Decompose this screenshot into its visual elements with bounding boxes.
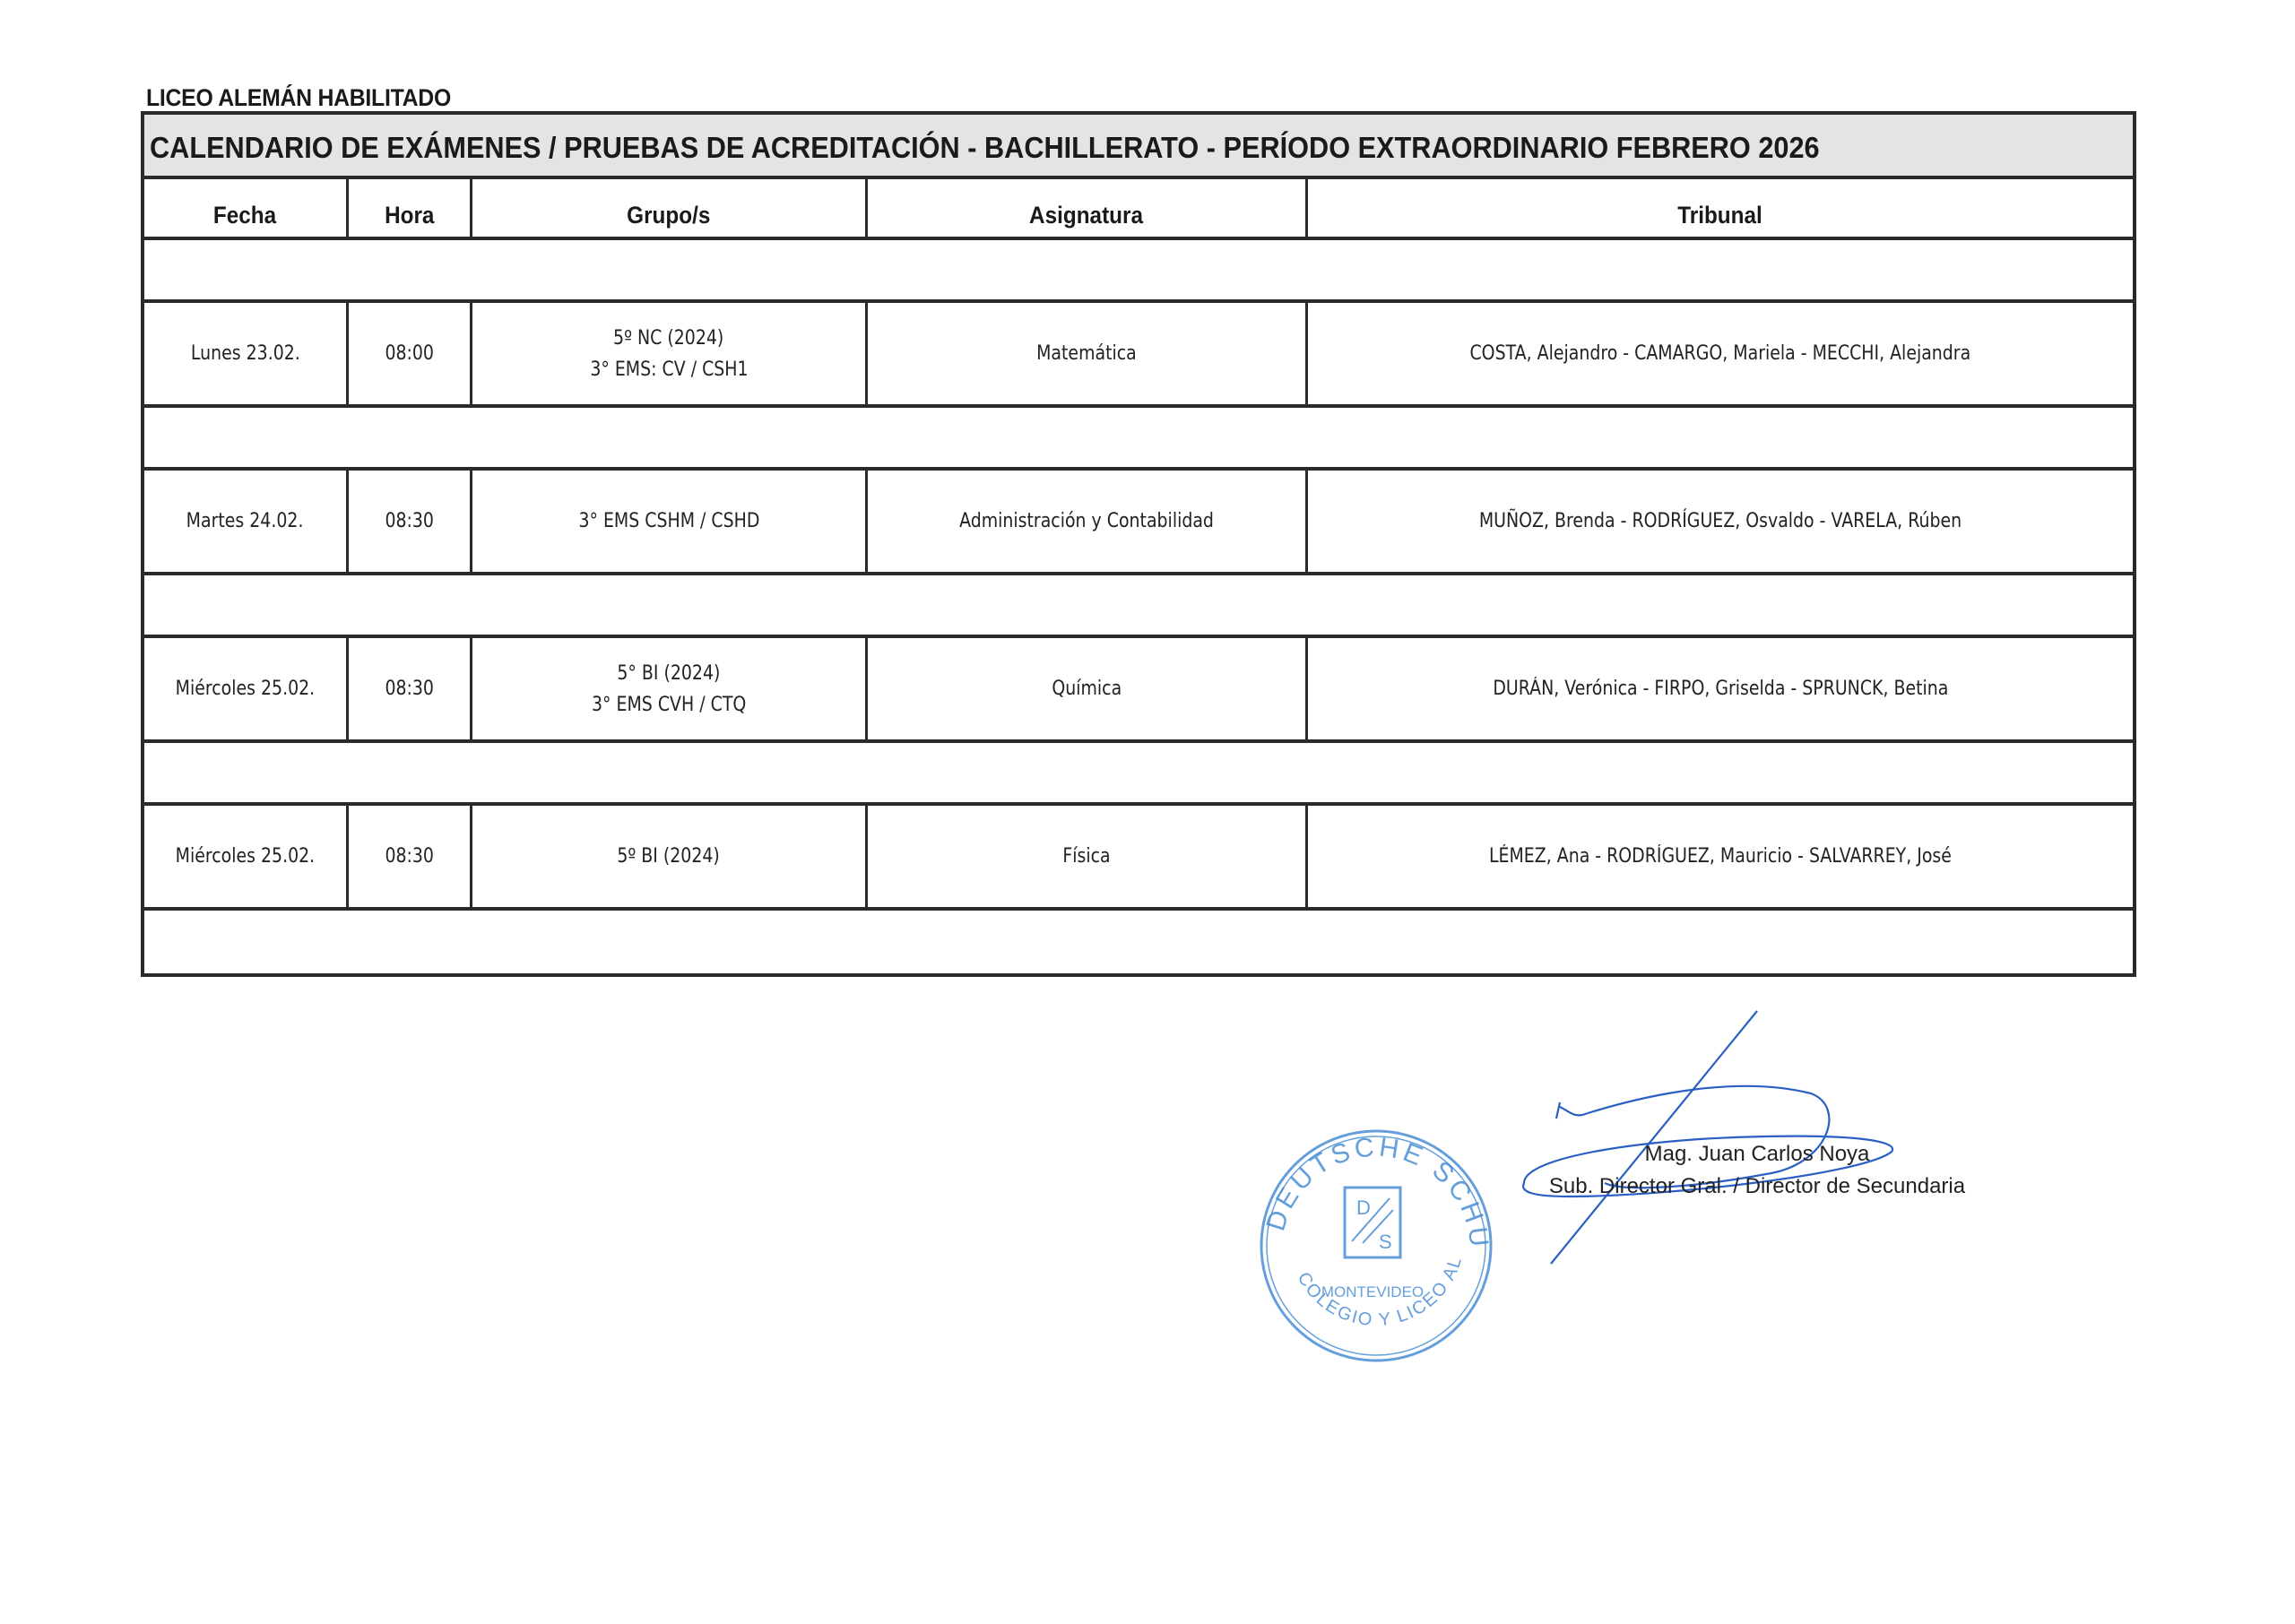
document-title: CALENDARIO DE EXÁMENES / PRUEBAS DE ACRE… <box>150 131 1820 165</box>
header-row: FechaHoraGrupo/sAsignaturaTribunal <box>144 176 2133 240</box>
spacer-row <box>144 575 2133 638</box>
cell-hora: 08:30 <box>349 471 472 572</box>
cell-tribunal: MUÑOZ, Brenda - RODRÍGUEZ, Osvaldo - VAR… <box>1308 471 2133 572</box>
stamp-center-text: MONTEVIDEO <box>1321 1283 1424 1300</box>
svg-text:D: D <box>1356 1196 1371 1219</box>
group-line: 3° EMS CSHM / CSHD <box>578 505 759 537</box>
spacer-row <box>144 408 2133 471</box>
table-row: Lunes 23.02.08:005º NC (2024)3° EMS: CV … <box>144 303 2133 408</box>
column-header-grupos: Grupo/s <box>472 176 868 237</box>
cell-asignatura: Administración y Contabilidad <box>868 471 1308 572</box>
cell-tribunal: DURÁN, Verónica - FIRPO, Griselda - SPRU… <box>1308 638 2133 739</box>
cell-fecha: Miércoles 25.02. <box>144 806 349 907</box>
cell-asignatura: Física <box>868 806 1308 907</box>
cell-asignatura: Química <box>868 638 1308 739</box>
signatory-role: Sub. Director Gral. / Director de Secund… <box>1488 1170 2026 1203</box>
cell-grupos: 5º NC (2024)3° EMS: CV / CSH1 <box>472 303 868 404</box>
cell-tribunal: COSTA, Alejandro - CAMARGO, Mariela - ME… <box>1308 303 2133 404</box>
table-row: Miércoles 25.02.08:305° BI (2024)3° EMS … <box>144 638 2133 743</box>
cell-fecha: Lunes 23.02. <box>144 303 349 404</box>
exam-calendar-table: CALENDARIO DE EXÁMENES / PRUEBAS DE ACRE… <box>141 111 2136 977</box>
table-row: Miércoles 25.02.08:305º BI (2024)FísicaL… <box>144 806 2133 911</box>
cell-hora: 08:00 <box>349 303 472 404</box>
group-line: 5° BI (2024) <box>618 658 721 689</box>
cell-grupos: 5º BI (2024) <box>472 806 868 907</box>
spacer-row <box>144 911 2133 973</box>
cell-grupos: 5° BI (2024)3° EMS CVH / CTQ <box>472 638 868 739</box>
group-line: 3° EMS CVH / CTQ <box>592 689 746 721</box>
school-stamp-icon: DEUTSCHE SCHULE COLEGIO Y LICEO ALEMÁN M… <box>1255 1125 1497 1367</box>
signature-block: Mag. Juan Carlos Noya Sub. Director Gral… <box>1488 1138 2026 1203</box>
cell-fecha: Miércoles 25.02. <box>144 638 349 739</box>
cell-fecha: Martes 24.02. <box>144 471 349 572</box>
title-band: CALENDARIO DE EXÁMENES / PRUEBAS DE ACRE… <box>144 115 2133 179</box>
column-header-tribunal: Tribunal <box>1308 176 2133 237</box>
svg-text:S: S <box>1379 1231 1392 1253</box>
group-line: 5º BI (2024) <box>618 841 720 872</box>
spacer-row <box>144 240 2133 303</box>
signatory-name: Mag. Juan Carlos Noya <box>1488 1138 2026 1170</box>
cell-grupos: 3° EMS CSHM / CSHD <box>472 471 868 572</box>
group-line: 5º NC (2024) <box>613 323 723 354</box>
column-header-fecha: Fecha <box>144 176 349 237</box>
school-label: LICEO ALEMÁN HABILITADO <box>146 84 451 112</box>
column-header-asignatura: Asignatura <box>868 176 1308 237</box>
cell-tribunal: LÉMEZ, Ana - RODRÍGUEZ, Mauricio - SALVA… <box>1308 806 2133 907</box>
column-header-hora: Hora <box>349 176 472 237</box>
group-line: 3° EMS: CV / CSH1 <box>590 354 748 385</box>
cell-hora: 08:30 <box>349 638 472 739</box>
cell-asignatura: Matemática <box>868 303 1308 404</box>
spacer-row <box>144 743 2133 806</box>
cell-hora: 08:30 <box>349 806 472 907</box>
table-row: Martes 24.02.08:303° EMS CSHM / CSHDAdmi… <box>144 471 2133 575</box>
